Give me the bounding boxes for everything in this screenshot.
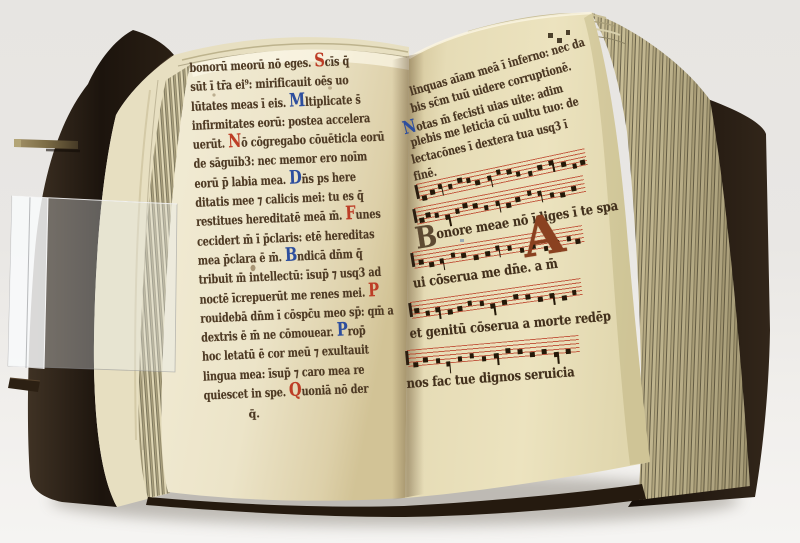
neume bbox=[566, 236, 571, 241]
neume bbox=[457, 177, 462, 182]
neume bbox=[475, 180, 480, 185]
neume bbox=[530, 352, 535, 357]
neume bbox=[496, 169, 501, 174]
neume bbox=[458, 306, 463, 311]
neume bbox=[484, 205, 489, 210]
neume bbox=[425, 310, 430, 315]
neume bbox=[482, 356, 487, 361]
neume bbox=[506, 203, 511, 208]
neume bbox=[419, 259, 424, 264]
neume bbox=[517, 349, 522, 354]
neume bbox=[572, 290, 577, 295]
neume bbox=[561, 161, 566, 166]
neume bbox=[528, 171, 533, 176]
neume bbox=[542, 349, 547, 354]
neume bbox=[413, 362, 418, 367]
neume bbox=[515, 171, 520, 176]
neume bbox=[462, 203, 467, 208]
neume bbox=[495, 245, 500, 250]
neume bbox=[506, 169, 511, 174]
neume bbox=[566, 349, 571, 354]
script-text: nos fac tue dignos seruicia bbox=[406, 364, 575, 392]
neume bbox=[538, 297, 543, 302]
neume bbox=[422, 195, 427, 200]
manuscript-photo-scene: bonorū meorū nō eges. Scīs q̄sūt ī tr̄a … bbox=[0, 0, 800, 543]
neume bbox=[490, 303, 495, 308]
neume bbox=[467, 300, 472, 305]
neume bbox=[505, 348, 510, 353]
neume bbox=[494, 353, 499, 358]
neume bbox=[507, 245, 512, 250]
neume bbox=[495, 201, 500, 206]
neume bbox=[486, 175, 491, 180]
cadel-initial: A bbox=[518, 205, 568, 265]
neume bbox=[450, 252, 455, 257]
neume bbox=[461, 253, 466, 258]
sung-text-line: nos fac tue dignos seruicia bbox=[406, 364, 575, 392]
neume bbox=[502, 300, 507, 305]
neume bbox=[425, 212, 430, 217]
neume bbox=[435, 358, 440, 363]
neume bbox=[439, 258, 444, 263]
neume bbox=[525, 294, 530, 299]
neume bbox=[455, 208, 460, 213]
clef-mark bbox=[408, 303, 412, 317]
neume bbox=[434, 212, 439, 217]
neume bbox=[554, 352, 559, 357]
neume bbox=[580, 159, 585, 164]
neume bbox=[548, 160, 553, 165]
neume bbox=[549, 192, 554, 197]
clef-mark bbox=[410, 253, 415, 267]
neume bbox=[485, 251, 490, 256]
neume bbox=[445, 214, 450, 219]
neume bbox=[572, 163, 577, 168]
neume bbox=[448, 309, 453, 314]
neume bbox=[423, 357, 428, 362]
neume bbox=[458, 356, 463, 361]
neume bbox=[435, 307, 440, 312]
neume bbox=[473, 255, 478, 260]
neume bbox=[560, 192, 565, 197]
neume bbox=[414, 308, 419, 313]
neume bbox=[430, 189, 435, 194]
neume bbox=[469, 353, 474, 358]
neume bbox=[537, 165, 542, 170]
neume bbox=[537, 190, 542, 195]
neume bbox=[466, 178, 471, 183]
neume bbox=[437, 184, 442, 189]
clef-mark bbox=[405, 351, 409, 365]
neume bbox=[526, 190, 531, 195]
neume bbox=[473, 203, 478, 208]
neume bbox=[515, 197, 520, 202]
neume bbox=[446, 361, 451, 366]
neume bbox=[562, 295, 567, 300]
neume bbox=[479, 301, 484, 306]
neume bbox=[429, 262, 434, 267]
neume bbox=[571, 186, 576, 191]
neume bbox=[575, 239, 580, 244]
neume bbox=[448, 183, 453, 188]
clef-mark bbox=[414, 185, 419, 199]
neume bbox=[513, 294, 518, 299]
neume bbox=[549, 293, 554, 298]
right-page-content: linquas aīam meā ī inferno: nec dabis sc… bbox=[0, 0, 800, 543]
